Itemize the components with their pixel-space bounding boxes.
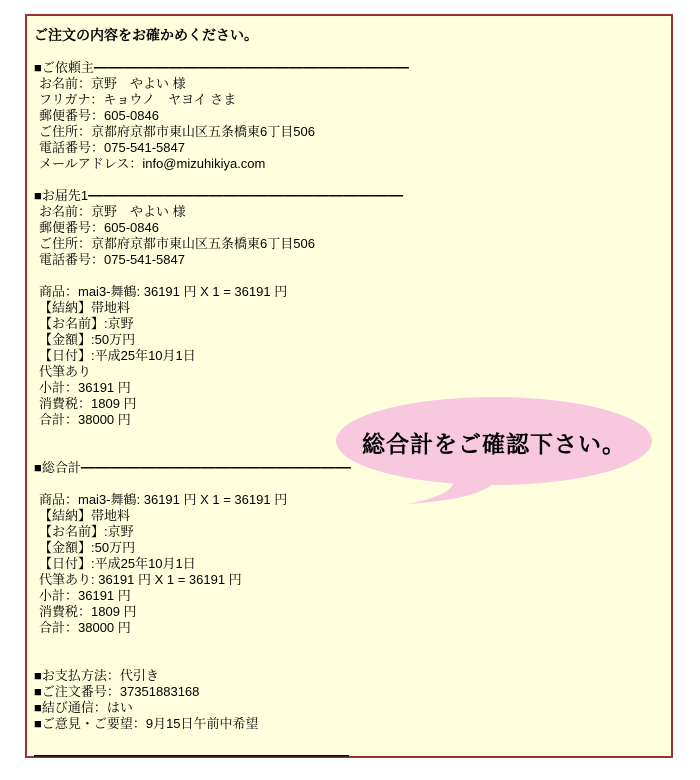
item-subtotal-line: 小計：36191 円 — [34, 380, 663, 396]
item-name-line: 【お名前】:京野 — [34, 316, 663, 332]
recipient-address-line: ご住所：京都府京都市東山区五条橋東6丁目506 — [34, 236, 663, 252]
section-header-client: ■ご依頼主————————————————————— — [34, 60, 663, 76]
item-yuino-line: 【結納】帯地料 — [34, 300, 663, 316]
section-rule-client: ————————————————————— — [94, 59, 409, 76]
item-amount-line: 【金額】:50万円 — [34, 332, 663, 348]
grand-name-line: 【お名前】:京野 — [34, 524, 663, 540]
recipient-phone-line: 電話番号：075-541-5847 — [34, 252, 663, 268]
item-product-line: 商品：mai3-舞鶴: 36191 円 X 1 = 36191 円 — [34, 284, 663, 300]
section-rule-recipient: ————————————————————— — [88, 187, 403, 204]
client-name-line: お名前：京野 やよい 様 — [34, 76, 663, 92]
grand-calligraphy-line: 代筆あり: 36191 円 X 1 = 36191 円 — [34, 572, 663, 588]
spacer — [34, 268, 663, 284]
client-furigana-line: フリガナ：キョウノ ヤヨイ さま — [34, 92, 663, 108]
bottom-rule: ————————————————————— — [34, 747, 349, 764]
order-confirmation-panel: ご注文の内容をお確かめください。 ■ご依頼主——————————————————… — [25, 14, 673, 758]
footer-payment-line: ■お支払方法：代引き — [34, 668, 663, 684]
footer-request-line: ■ご意見・ご要望：9月15日午前中希望 — [34, 716, 663, 732]
order-confirmation-page: ご注文の内容をお確かめください。 ■ご依頼主——————————————————… — [0, 0, 700, 780]
recipient-name-line: お名前：京野 やよい 様 — [34, 204, 663, 220]
spacer — [34, 44, 663, 60]
spacer — [34, 636, 663, 652]
section-rule-grand-total: —————————————————— — [81, 459, 351, 476]
spacer — [34, 172, 663, 188]
section-header-recipient: ■お届先1————————————————————— — [34, 188, 663, 204]
client-address-line: ご住所：京都府京都市東山区五条橋東6丁目506 — [34, 124, 663, 140]
grand-tax-line: 消費税：1809 円 — [34, 604, 663, 620]
footer-order-number-line: ■ご注文番号：37351883168 — [34, 684, 663, 700]
spacer — [34, 732, 663, 748]
section-label-client: ■ご依頼主 — [34, 60, 94, 75]
grand-total-line: 合計：38000 円 — [34, 620, 663, 636]
client-zip-line: 郵便番号：605-0846 — [34, 108, 663, 124]
item-date-line: 【日付】:平成25年10月1日 — [34, 348, 663, 364]
footer-musubi-line: ■結び通信：はい — [34, 700, 663, 716]
section-label-grand-total: ■総合計 — [34, 460, 81, 475]
grand-amount-line: 【金額】:50万円 — [34, 540, 663, 556]
grand-subtotal-line: 小計：36191 円 — [34, 588, 663, 604]
spacer — [34, 652, 663, 668]
item-calligraphy-line: 代筆あり — [34, 364, 663, 380]
section-label-recipient: ■お届先1 — [34, 188, 88, 203]
recipient-zip-line: 郵便番号：605-0846 — [34, 220, 663, 236]
speech-bubble: 総合計をご確認下さい。 — [333, 396, 655, 514]
speech-bubble-text: 総合計をご確認下さい。 — [333, 426, 655, 459]
client-email-line: メールアドレス：info@mizuhikiya.com — [34, 156, 663, 172]
client-phone-line: 電話番号：075-541-5847 — [34, 140, 663, 156]
page-title: ご注文の内容をお確かめください。 — [34, 27, 663, 44]
grand-date-line: 【日付】:平成25年10月1日 — [34, 556, 663, 572]
